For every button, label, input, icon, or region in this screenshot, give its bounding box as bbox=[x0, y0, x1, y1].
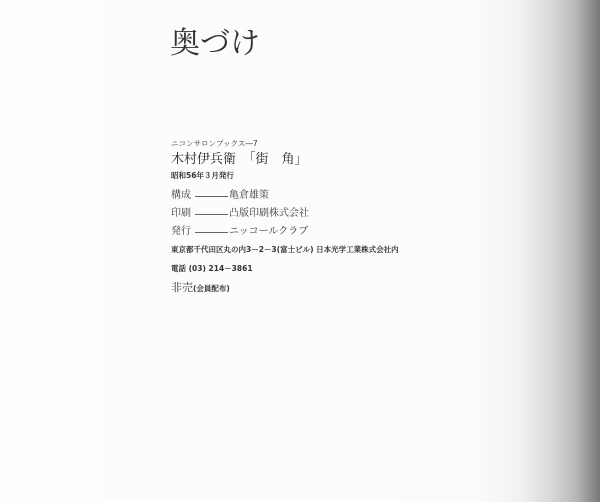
credit-publisher: 発行 ニッコールクラブ bbox=[171, 223, 471, 241]
page-title: 奥づけ bbox=[170, 26, 260, 62]
book-page: 奥づけ ニコンサロンブックス―7 木村伊兵衛 「街 角」 昭和56年３月発行 構… bbox=[0, 0, 600, 502]
publisher-address: 東京都千代田区丸の内3－2－3(富士ビル) 日本光学工業株式会社内 bbox=[171, 244, 471, 256]
publisher-phone: 電話 (03) 214－3861 bbox=[171, 263, 471, 275]
not-for-sale-label: 非売 bbox=[171, 281, 193, 294]
dash-rule bbox=[195, 214, 228, 215]
not-for-sale-notice: 非売(会員配布) bbox=[171, 280, 471, 297]
colophon-block: ニコンサロンブックス―7 木村伊兵衛 「街 角」 昭和56年３月発行 構成 亀倉… bbox=[171, 139, 471, 297]
publication-date: 昭和56年３月発行 bbox=[171, 170, 471, 181]
dash-rule bbox=[195, 232, 228, 233]
members-distribution-note: (会員配布) bbox=[193, 284, 230, 293]
credit-value: 亀倉雄策 bbox=[229, 187, 269, 205]
credit-value: 凸版印刷株式会社 bbox=[229, 205, 309, 223]
credit-label: 印刷 bbox=[171, 205, 193, 223]
series-name: ニコンサロンブックス―7 bbox=[171, 139, 471, 149]
credit-value: ニッコールクラブ bbox=[229, 223, 308, 241]
credit-printing: 印刷 凸版印刷株式会社 bbox=[171, 205, 471, 223]
credit-composition: 構成 亀倉雄策 bbox=[171, 187, 471, 205]
credit-label: 構成 bbox=[171, 187, 193, 205]
credit-label: 発行 bbox=[171, 223, 193, 241]
book-title: 木村伊兵衛 「街 角」 bbox=[171, 152, 471, 168]
dash-rule bbox=[195, 196, 228, 197]
